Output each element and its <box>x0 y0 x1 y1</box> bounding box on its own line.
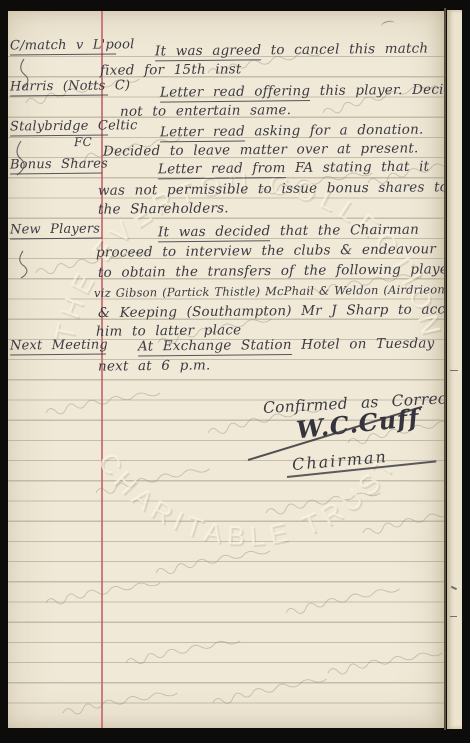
entry-topic-label: Harris (Notts C) <box>10 78 108 96</box>
entry-body-underlined: Letter read offering <box>160 83 310 103</box>
entry-body-line: Decided to leave matter over at present. <box>103 140 419 159</box>
entry-body-line: the Shareholders. <box>98 200 229 217</box>
entry-topic-label: New Players <box>10 222 102 240</box>
entry-body-line: It was decided that the Chairman <box>158 222 419 241</box>
entry-body-rest: asking for a donation. <box>245 122 424 140</box>
entry-body-underlined: It was agreed <box>155 42 261 61</box>
entry-body-line: not to entertain same. <box>120 102 291 120</box>
entry-body-underlined: It was decided <box>158 223 271 242</box>
edge-pencil-mark <box>450 370 458 371</box>
entry-body-line: Letter read asking for a donation. <box>160 122 424 141</box>
entry-body-line: next at 6 p.m. <box>98 357 211 374</box>
entry-body-line: It was agreed to cancel this match <box>155 41 428 60</box>
minute-book-page: THE EVERTON COLLECTION CHARITABLE TRUST … <box>8 11 445 728</box>
entry-body-rest: that the Chairman <box>270 222 419 240</box>
entry-body-line: Letter read offering this player. Decide… <box>160 81 445 100</box>
entry-body-underlined: At Exchange Station <box>138 337 292 357</box>
next-page-edge <box>447 10 462 729</box>
entry-body-rest: Hotel on Tuesday <box>292 335 435 352</box>
scan-background: THE EVERTON COLLECTION CHARITABLE TRUST … <box>0 0 470 743</box>
entry-body-rest: FA stating that it <box>285 159 429 177</box>
entry-topic-label: Next Meeting <box>10 337 106 355</box>
entry-body-underlined: Letter read <box>160 123 245 142</box>
entry-topic-label: Stalybridge Celtic <box>10 118 108 136</box>
entry-body-underlined: Letter read from <box>158 160 286 179</box>
entry-body-rest: this player. Decided <box>310 81 445 99</box>
entry-body-line: Letter read from FA stating that it <box>158 159 429 178</box>
entry-body-rest: to cancel this match <box>261 41 428 59</box>
entry-topic-label-suffix: FC <box>74 135 92 149</box>
entry-topic-label: Bonus Shares <box>10 157 102 175</box>
entry-body-line: At Exchange Station Hotel on Tuesday <box>138 335 435 354</box>
entry-topic-label: C/match v L'pool <box>10 37 116 55</box>
edge-pencil-mark <box>450 616 457 617</box>
pencil-mark <box>380 19 396 30</box>
entry-body-line: fixed for 15th inst <box>100 61 242 78</box>
edge-pencil-mark <box>451 586 457 590</box>
